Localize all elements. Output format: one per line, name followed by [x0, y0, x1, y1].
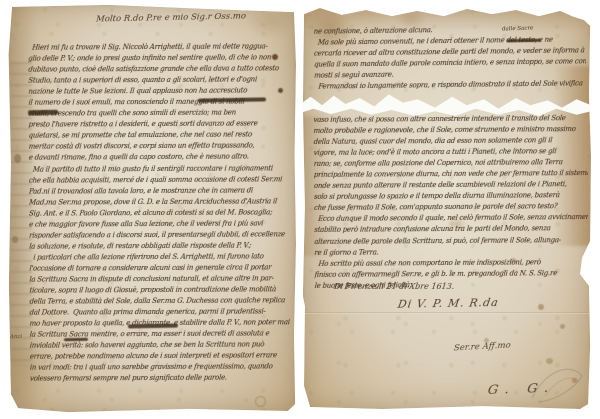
right-page-text-above-tear: ne confusione, ò alterazione alcuna. Ma … [314, 23, 587, 94]
manuscript-line: e davanti rimane, fino a quelli da capo … [28, 152, 292, 164]
manuscript-line: Fermandosi io lungamente sopra, e rispon… [314, 79, 587, 93]
ink-deletion [28, 110, 58, 116]
blind-stamp [255, 396, 266, 407]
fox-spot [538, 304, 544, 310]
manuscript-line: Ma il partito di tutto il mio gusto fu i… [28, 163, 292, 175]
dateline: Di Firenze li 21 di Xbre 1613. [333, 282, 455, 291]
margin-note: Anzi [10, 334, 22, 340]
manuscript-line: Pad.ni il trovandosi alla tavola loro, e… [28, 185, 292, 197]
ink-deletion [507, 39, 541, 43]
left-page-paper: Molto R.do P.re e mio Sig.r Oss.mo Hieri… [8, 4, 296, 413]
manuscript-right-page: ne confusione, ò alterazione alcuna. Ma … [302, 6, 591, 411]
interlinear-insertion: dalle Sacre [502, 25, 534, 32]
signoff: Ser.re Aff.mo [453, 341, 511, 354]
ink-deletion [64, 338, 88, 341]
stain [246, 4, 296, 38]
right-page-text-below-tear: vaso infuso, che si possa con altre cann… [313, 113, 588, 295]
pencil-flourish [527, 358, 589, 406]
salutation: Molto R.do P.re e mio Sig.r Oss.mo [96, 11, 247, 24]
valediction: Di V. P. M. R.da [397, 296, 500, 311]
manuscript-line: che ella habbia acquisiti, mercé de i qu… [28, 174, 292, 186]
fox-spot [14, 154, 21, 163]
right-page-paper: ne confusione, ò alterazione alcuna. Ma … [302, 6, 591, 411]
fold-crease [302, 312, 591, 314]
fox-spot [560, 324, 565, 329]
document-photo: Molto R.do P.re e mio Sig.r Oss.mo Hieri… [0, 0, 600, 419]
manuscript-left-page: Molto R.do P.re e mio Sig.r Oss.mo Hieri… [8, 4, 296, 413]
manuscript-line: volessero fermarsi sempre nel puro signi… [29, 373, 293, 385]
left-page-body-text: Hieri mi fu a trovare il Sig. Niccolò Ar… [28, 41, 293, 386]
fox-spot [12, 236, 18, 243]
